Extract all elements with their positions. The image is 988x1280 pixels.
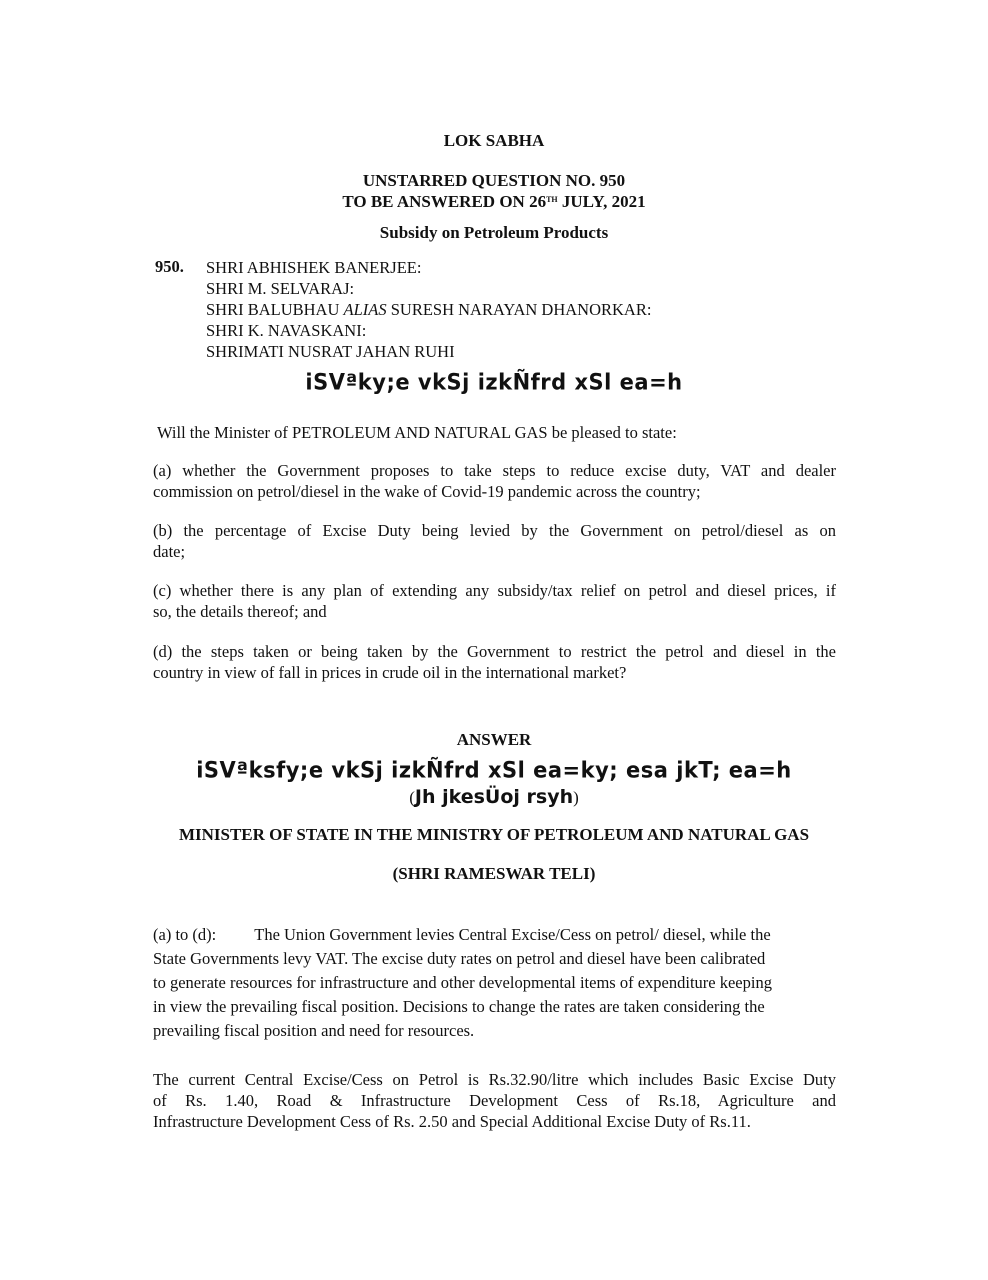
question-intro: Will the Minister of PETROLEUM AND NATUR… xyxy=(157,422,840,443)
question-part-c: (c) whether there is any plan of extendi… xyxy=(153,580,836,622)
member-name: SHRIMATI NUSRAT JAHAN RUHI xyxy=(206,341,651,362)
member-list: SHRI ABHISHEK BANERJEE: SHRI M. SELVARAJ… xyxy=(206,257,651,362)
answer-heading: ANSWER xyxy=(0,730,988,750)
hindi-minister-title: iSVªksfy;e vkSj izkÑfrd xSl ea=ky; esa j… xyxy=(0,757,988,782)
house-title: LOK SABHA xyxy=(0,131,988,151)
answer-date: TO BE ANSWERED ON 26TH JULY, 2021 xyxy=(0,192,988,212)
hindi-ministry-heading: iSVªky;e vkSj izkÑfrd xSl ea=h xyxy=(0,369,988,394)
question-label: UNSTARRED QUESTION NO. 950 xyxy=(0,171,988,191)
answer-paragraph-2: The current Central Excise/Cess on Petro… xyxy=(153,1069,836,1132)
member-name: SHRI M. SELVARAJ: xyxy=(206,278,651,299)
answer-date-prefix: TO BE ANSWERED ON 26 xyxy=(342,192,546,211)
member-name: SHRI BALUBHAU ALIAS SURESH NARAYAN DHANO… xyxy=(206,299,651,320)
answer-date-suffix: JULY, 2021 xyxy=(558,192,646,211)
question-part-d: (d) the steps taken or being taken by th… xyxy=(153,641,836,683)
answer-date-sup: TH xyxy=(546,195,558,204)
answer-paragraph-1: (a) to (d):The Union Government levies C… xyxy=(153,923,836,1043)
question-number: 950. xyxy=(155,257,184,277)
document-page: LOK SABHA UNSTARRED QUESTION NO. 950 TO … xyxy=(0,0,988,1280)
hindi-minister-name: (Jh jkesÜoj rsyh) xyxy=(0,786,988,808)
minister-name: (SHRI RAMESWAR TELI) xyxy=(0,864,988,884)
subject-title: Subsidy on Petroleum Products xyxy=(0,223,988,243)
answer-label: (a) to (d): xyxy=(153,925,216,944)
member-name: SHRI K. NAVASKANI: xyxy=(206,320,651,341)
question-part-a: (a) whether the Government proposes to t… xyxy=(153,460,836,502)
minister-title: MINISTER OF STATE IN THE MINISTRY OF PET… xyxy=(0,825,988,845)
member-name: SHRI ABHISHEK BANERJEE: xyxy=(206,257,651,278)
question-part-b: (b) the percentage of Excise Duty being … xyxy=(153,520,836,562)
